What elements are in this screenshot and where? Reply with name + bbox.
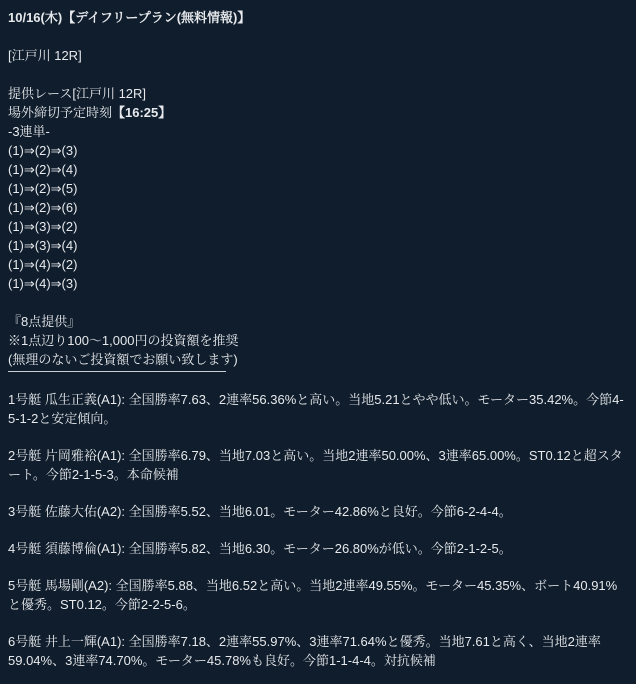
divider [8,371,226,372]
boat-3-analysis: 3号艇 佐藤大佑(A2): 全国勝率5.52、当地6.01。モーター42.86%… [8,502,628,521]
race-heading: [江戸川 12R] [8,46,628,65]
points-offered: 『8点提供』 [8,312,628,331]
stake-caution: (無理のないご投資額でお願い致します) [8,350,628,369]
boat-5-analysis: 5号艇 馬場剛(A2): 全国勝率5.88、当地6.52と高い。当地2連率49.… [8,576,628,614]
bet-combo: (1)⇒(3)⇒(2) [8,217,628,236]
bet-combo: (1)⇒(4)⇒(3) [8,274,628,293]
spacer [8,293,628,312]
closing-time-value: 【16:25】 [112,105,171,120]
provided-race: 提供レース[江戸川 12R] [8,84,628,103]
closing-time-line: 場外締切予定時刻【16:25】 [8,103,628,122]
boat-2-analysis: 2号艇 片岡雅裕(A1): 全国勝率6.79、当地7.03と高い。当地2連率50… [8,446,628,484]
stake-note: ※1点辺り100〜1,000円の投資額を推奨 [8,331,628,350]
page-title: 10/16(木)【デイフリープラン(無料情報)】 [8,8,628,27]
boat-1-analysis: 1号艇 瓜生正義(A1): 全国勝率7.63、2連率56.36%と高い。当地5.… [8,390,628,428]
bet-combo: (1)⇒(2)⇒(5) [8,179,628,198]
bet-combo: (1)⇒(3)⇒(4) [8,236,628,255]
spacer [8,65,628,84]
bet-combo: (1)⇒(2)⇒(6) [8,198,628,217]
free-plan-info-page: 10/16(木)【デイフリープラン(無料情報)】 [江戸川 12R] 提供レース… [0,0,636,684]
closing-time-label: 場外締切予定時刻 [8,105,112,120]
bet-combo: (1)⇒(4)⇒(2) [8,255,628,274]
bet-combo: (1)⇒(2)⇒(4) [8,160,628,179]
bet-combo: (1)⇒(2)⇒(3) [8,141,628,160]
spacer [8,27,628,46]
bet-type-label: -3連単- [8,122,628,141]
boat-6-analysis: 6号艇 井上一輝(A1): 全国勝率7.18、2連率55.97%、3連率71.6… [8,632,628,670]
boat-4-analysis: 4号艇 須藤博倫(A1): 全国勝率5.82、当地6.30。モーター26.80%… [8,539,628,558]
